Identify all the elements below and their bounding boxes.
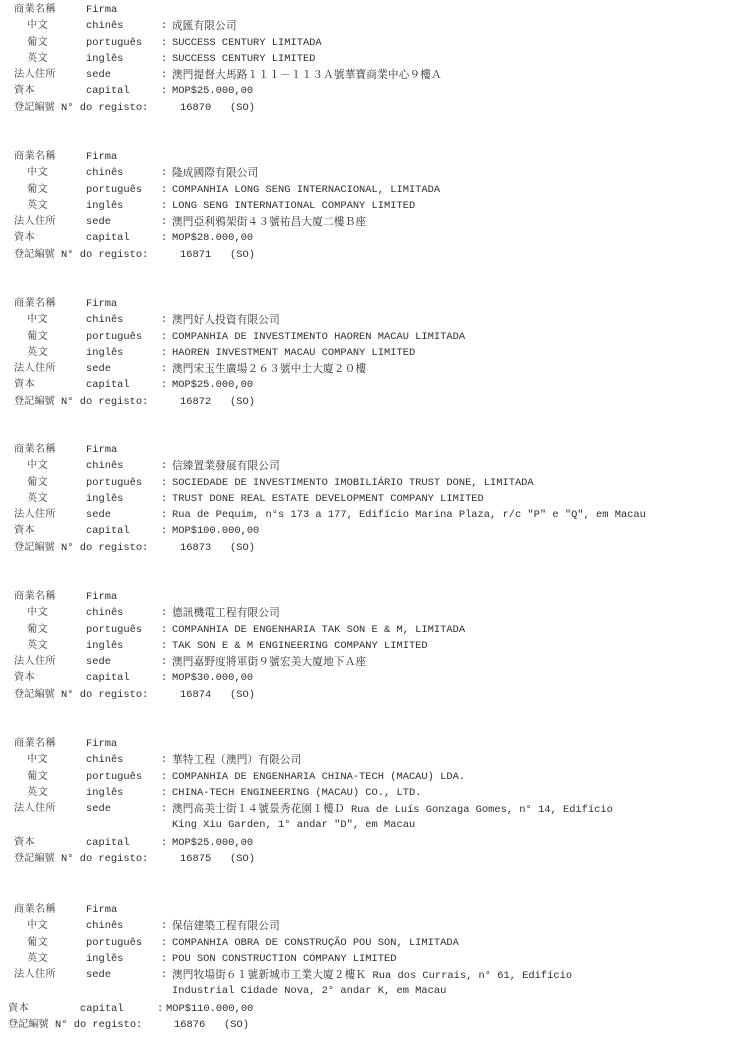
registo-label-pt: N° do registo: [61,689,148,701]
capital-value: MOP$110.000,00 [166,1001,253,1017]
sede-value: 澳門提督大馬路１１１－１１３Ａ號華寶商業中心９樓Ａ [172,67,442,83]
ingles-label-pt: inglês [86,491,123,507]
sede-value-line2: King Xiu Garden, 1° andar "D", em Macau [172,817,415,833]
ingles-label-pt: inglês [86,345,123,361]
registo-suffix: (SO) [230,247,255,263]
separator: : [161,51,167,67]
separator: : [161,935,167,951]
firma-label-zh: 商業名稱 [14,736,56,752]
chinese-name-value: 澳門好人投資有限公司 [172,312,280,328]
firma-label-zh: 商業名稱 [14,296,56,312]
capital-label-zh: 資本 [8,1001,29,1017]
sede-continuation-row: King Xiu Garden, 1° andar "D", em Macau [0,817,740,833]
firma-header-row: 商業名稱 Firma [0,296,740,312]
portugues-label-zh: 葡文 [27,622,48,638]
chines-label-zh: 中文 [27,918,48,934]
registo-label-pt: N° do registo: [55,1019,142,1031]
portuguese-name-row: 葡文 português : COMPANHIA DE ENGENHARIA T… [0,622,740,638]
english-name-row: 英文 inglês : LONG SENG INTERNATIONAL COMP… [0,198,740,214]
registo-label: 登記編號 N° do registo: [14,687,148,703]
registo-suffix: (SO) [230,100,255,116]
chinese-name-row: 中文 chinês : 澳門好人投資有限公司 [0,312,740,328]
chinese-name-value: 華特工程（澳門）有限公司 [172,752,302,768]
chines-label-zh: 中文 [27,458,48,474]
portugues-label-zh: 葡文 [27,329,48,345]
english-name-value: HAOREN INVESTMENT MACAU COMPANY LIMITED [172,345,415,361]
registo-number: 16876 [174,1017,205,1033]
portuguese-name-row: 葡文 português : COMPANHIA DE ENGENHARIA C… [0,769,740,785]
chinese-name-row: 中文 chinês : 成匯有限公司 [0,18,740,34]
firma-header-row: 商業名稱 Firma [0,149,740,165]
sede-row: 法人住所 sede : 澳門高美士街１４號景秀花園１樓Ｄ Rua de Luís… [0,801,740,817]
chines-label-pt: chinês [86,165,123,181]
capital-row: 資本 capital : MOP$28.000,00 [0,230,740,246]
registo-label: 登記編號 N° do registo: [14,394,148,410]
capital-label-pt: capital [86,835,130,851]
separator: : [161,507,167,523]
registo-row: 登記編號 N° do registo: 16875 (SO) [0,851,740,867]
portuguese-name-row: 葡文 português : SUCCESS CENTURY LIMITADA [0,35,740,51]
registo-suffix: (SO) [230,851,255,867]
chines-label-zh: 中文 [27,18,48,34]
english-name-value: SUCCESS CENTURY LIMITED [172,51,315,67]
portugues-label-zh: 葡文 [27,35,48,51]
sede-label-zh: 法人住所 [14,214,56,230]
capital-label-zh: 資本 [14,83,35,99]
registo-number: 16871 [180,247,211,263]
sede-label-zh: 法人住所 [14,507,56,523]
firma-label-zh: 商業名稱 [14,2,56,18]
separator: : [161,18,167,34]
capital-label-pt: capital [86,230,130,246]
registo-label-zh: 登記編號 [14,853,55,864]
firma-label-pt: Firma [86,902,117,918]
sede-label-pt: sede [86,507,111,523]
registo-row: 登記編號 N° do registo: 16871 (SO) [0,247,740,263]
registo-row: 登記編號 N° do registo: 16872 (SO) [0,394,740,410]
registo-row: 登記編號 N° do registo: 16874 (SO) [0,687,740,703]
separator: : [161,801,167,817]
registo-label-pt: N° do registo: [61,853,148,865]
registo-label-zh: 登記編號 [8,1019,49,1030]
sede-label-pt: sede [86,967,111,983]
separator: : [161,918,167,934]
registo-label: 登記編號 N° do registo: [14,851,148,867]
registo-label-zh: 登記編號 [14,396,55,407]
company-entry: 商業名稱 Firma 中文 chinês : 德訊機電工程有限公司 葡文 por… [0,589,740,703]
sede-row: 法人住所 sede : 澳門宋玉生廣場２６３號中土大廈２０樓 [0,361,740,377]
portuguese-name-row: 葡文 português : COMPANHIA LONG SENG INTER… [0,182,740,198]
separator: : [161,312,167,328]
firma-header-row: 商業名稱 Firma [0,2,740,18]
capital-label-pt: capital [86,83,130,99]
sede-value-cjk: 澳門牧場街６１號新城市工業大廈２樓Ｋ [172,969,366,981]
separator: : [161,638,167,654]
separator: : [161,377,167,393]
english-name-row: 英文 inglês : TAK SON E & M ENGINEERING CO… [0,638,740,654]
portugues-label-zh: 葡文 [27,182,48,198]
ingles-label-pt: inglês [86,638,123,654]
firma-label-zh: 商業名稱 [14,149,56,165]
sede-label-zh: 法人住所 [14,967,56,983]
english-name-row: 英文 inglês : TRUST DONE REAL ESTATE DEVEL… [0,491,740,507]
separator: : [161,475,167,491]
ingles-label-pt: inglês [86,51,123,67]
separator: : [161,670,167,686]
chines-label-pt: chinês [86,18,123,34]
portugues-label-zh: 葡文 [27,769,48,785]
sede-label-zh: 法人住所 [14,654,56,670]
capital-value: MOP$100.000,00 [172,523,259,539]
sede-value: 澳門牧場街６１號新城市工業大廈２樓Ｋ Rua dos Currais, n° 6… [172,967,572,984]
registo-row: 登記編號 N° do registo: 16873 (SO) [0,540,740,556]
separator: : [161,622,167,638]
separator: : [161,182,167,198]
sede-row: 法人住所 sede : 澳門提督大馬路１１１－１１３Ａ號華寶商業中心９樓Ａ [0,67,740,83]
english-name-value: LONG SENG INTERNATIONAL COMPANY LIMITED [172,198,415,214]
registo-number: 16874 [180,687,211,703]
firma-header-row: 商業名稱 Firma [0,902,740,918]
separator: : [161,752,167,768]
firma-header-row: 商業名稱 Firma [0,736,740,752]
portuguese-name-value: COMPANHIA DE ENGENHARIA CHINA-TECH (MACA… [172,769,465,785]
portugues-label-zh: 葡文 [27,475,48,491]
firma-label-pt: Firma [86,296,117,312]
sede-label-zh: 法人住所 [14,67,56,83]
sede-value: 澳門高美士街１４號景秀花園１樓Ｄ Rua de Luís Gonzaga Gom… [172,801,613,818]
registo-label-zh: 登記編號 [14,102,55,113]
registo-label-pt: N° do registo: [61,102,148,114]
registo-suffix: (SO) [230,394,255,410]
separator: : [161,361,167,377]
chines-label-zh: 中文 [27,752,48,768]
separator: : [161,230,167,246]
registry-page: 商業名稱 Firma 中文 chinês : 成匯有限公司 葡文 portugu… [0,0,740,1050]
registo-number: 16875 [180,851,211,867]
sede-value-latin: Rua de Luís Gonzaga Gomes, n° 14, Edifíc… [351,804,613,816]
sede-value: 澳門嘉野度將軍街９號宏美大廈地下Ａ座 [172,654,366,670]
capital-row: 資本 capital : MOP$25.000,00 [0,835,740,851]
separator: : [161,785,167,801]
chines-label-pt: chinês [86,458,123,474]
firma-label-pt: Firma [86,736,117,752]
chinese-name-row: 中文 chinês : 信臻置業發展有限公司 [0,458,740,474]
firma-label-pt: Firma [86,2,117,18]
ingles-label-pt: inglês [86,785,123,801]
portuguese-name-value: SOCIEDADE DE INVESTIMENTO IMOBILIÁRIO TR… [172,475,534,491]
separator: : [161,214,167,230]
registo-label: 登記編號 N° do registo: [14,100,148,116]
ingles-label-zh: 英文 [27,785,48,801]
capital-label-zh: 資本 [14,377,35,393]
portugues-label-pt: português [86,35,142,51]
chinese-name-value: 信臻置業發展有限公司 [172,458,280,474]
separator: : [161,329,167,345]
separator: : [161,951,167,967]
ingles-label-zh: 英文 [27,491,48,507]
english-name-row: 英文 inglês : CHINA-TECH ENGINEERING (MACA… [0,785,740,801]
english-name-value: TRUST DONE REAL ESTATE DEVELOPMENT COMPA… [172,491,484,507]
capital-label-zh: 資本 [14,523,35,539]
capital-value: MOP$30.000,00 [172,670,253,686]
portugues-label-zh: 葡文 [27,935,48,951]
company-entry: 商業名稱 Firma 中文 chinês : 保信建築工程有限公司 葡文 por… [0,902,740,1033]
sede-value: 澳門宋玉生廣場２６３號中土大廈２０樓 [172,361,366,377]
portuguese-name-value: COMPANHIA LONG SENG INTERNACIONAL, LIMIT… [172,182,440,198]
registo-label-zh: 登記編號 [14,542,55,553]
company-entry: 商業名稱 Firma 中文 chinês : 信臻置業發展有限公司 葡文 por… [0,442,740,556]
registo-label-zh: 登記編號 [14,689,55,700]
chines-label-pt: chinês [86,918,123,934]
firma-label-zh: 商業名稱 [14,902,56,918]
chinese-name-value: 保信建築工程有限公司 [172,918,280,934]
chines-label-zh: 中文 [27,165,48,181]
separator: : [161,198,167,214]
ingles-label-pt: inglês [86,951,123,967]
separator: : [161,769,167,785]
portugues-label-pt: português [86,182,142,198]
capital-row: 資本 capital : MOP$25.000,00 [0,83,740,99]
registo-suffix: (SO) [224,1017,249,1033]
sede-value: Rua de Pequim, n°s 173 a 177, Edifício M… [172,507,646,523]
english-name-row: 英文 inglês : SUCCESS CENTURY LIMITED [0,51,740,67]
chines-label-zh: 中文 [27,312,48,328]
english-name-value: POU SON CONSTRUCTION COMPANY LIMITED [172,951,396,967]
capital-label-zh: 資本 [14,835,35,851]
ingles-label-zh: 英文 [27,345,48,361]
ingles-label-zh: 英文 [27,198,48,214]
portuguese-name-row: 葡文 português : COMPANHIA OBRA DE CONSTRU… [0,935,740,951]
sede-label-pt: sede [86,67,111,83]
capital-row: 資本 capital : MOP$110.000,00 [0,1001,740,1017]
registo-label: 登記編號 N° do registo: [14,540,148,556]
capital-value: MOP$28.000,00 [172,230,253,246]
portuguese-name-row: 葡文 português : SOCIEDADE DE INVESTIMENTO… [0,475,740,491]
separator: : [161,967,167,983]
separator: : [157,1001,163,1017]
capital-value: MOP$25.000,00 [172,835,253,851]
registo-row: 登記編號 N° do registo: 16876 (SO) [0,1017,740,1033]
separator: : [161,654,167,670]
separator: : [161,345,167,361]
firma-header-row: 商業名稱 Firma [0,442,740,458]
chinese-name-row: 中文 chinês : 保信建築工程有限公司 [0,918,740,934]
chinese-name-value: 隆成國際有限公司 [172,165,258,181]
portuguese-name-row: 葡文 português : COMPANHIA DE INVESTIMENTO… [0,329,740,345]
sede-label-zh: 法人住所 [14,801,56,817]
registo-label-zh: 登記編號 [14,249,55,260]
sede-label-zh: 法人住所 [14,361,56,377]
firma-label-zh: 商業名稱 [14,589,56,605]
capital-label-zh: 資本 [14,670,35,686]
chines-label-pt: chinês [86,312,123,328]
sede-row: 法人住所 sede : 澳門亞利鴉架街４３號祐昌大廈二樓Ｂ座 [0,214,740,230]
firma-label-zh: 商業名稱 [14,442,56,458]
registo-number: 16873 [180,540,211,556]
capital-label-zh: 資本 [14,230,35,246]
portugues-label-pt: português [86,769,142,785]
sede-row: 法人住所 sede : 澳門牧場街６１號新城市工業大廈２樓Ｋ Rua dos C… [0,967,740,983]
registo-number: 16872 [180,394,211,410]
ingles-label-pt: inglês [86,198,123,214]
separator: : [161,605,167,621]
sede-label-pt: sede [86,214,111,230]
separator: : [161,491,167,507]
chinese-name-row: 中文 chinês : 華特工程（澳門）有限公司 [0,752,740,768]
separator: : [161,83,167,99]
sede-value-line2: Industrial Cidade Nova, 2° andar K, em M… [172,983,446,999]
company-entry: 商業名稱 Firma 中文 chinês : 成匯有限公司 葡文 portugu… [0,2,740,116]
portugues-label-pt: português [86,475,142,491]
separator: : [161,67,167,83]
sede-continuation-row: Industrial Cidade Nova, 2° andar K, em M… [0,983,740,999]
chines-label-pt: chinês [86,605,123,621]
registo-suffix: (SO) [230,687,255,703]
separator: : [161,35,167,51]
ingles-label-zh: 英文 [27,951,48,967]
english-name-value: CHINA-TECH ENGINEERING (MACAU) CO., LTD. [172,785,421,801]
portuguese-name-value: COMPANHIA DE INVESTIMENTO HAOREN MACAU L… [172,329,465,345]
capital-label-pt: capital [80,1001,124,1017]
company-entry: 商業名稱 Firma 中文 chinês : 澳門好人投資有限公司 葡文 por… [0,296,740,410]
registo-row: 登記編號 N° do registo: 16870 (SO) [0,100,740,116]
firma-label-pt: Firma [86,589,117,605]
english-name-value: TAK SON E & M ENGINEERING COMPANY LIMITE… [172,638,428,654]
firma-label-pt: Firma [86,149,117,165]
registo-number: 16870 [180,100,211,116]
capital-value: MOP$25.000,00 [172,377,253,393]
registo-label-pt: N° do registo: [61,249,148,261]
firma-label-pt: Firma [86,442,117,458]
chines-label-zh: 中文 [27,605,48,621]
chinese-name-row: 中文 chinês : 隆成國際有限公司 [0,165,740,181]
registo-label-pt: N° do registo: [61,396,148,408]
ingles-label-zh: 英文 [27,51,48,67]
english-name-row: 英文 inglês : HAOREN INVESTMENT MACAU COMP… [0,345,740,361]
sede-label-pt: sede [86,361,111,377]
portuguese-name-value: COMPANHIA DE ENGENHARIA TAK SON E & M, L… [172,622,465,638]
portuguese-name-value: SUCCESS CENTURY LIMITADA [172,35,322,51]
chines-label-pt: chinês [86,752,123,768]
english-name-row: 英文 inglês : POU SON CONSTRUCTION COMPANY… [0,951,740,967]
chinese-name-value: 成匯有限公司 [172,18,237,34]
chinese-name-value: 德訊機電工程有限公司 [172,605,280,621]
separator: : [161,165,167,181]
sede-row: 法人住所 sede : 澳門嘉野度將軍街９號宏美大廈地下Ａ座 [0,654,740,670]
chinese-name-row: 中文 chinês : 德訊機電工程有限公司 [0,605,740,621]
portugues-label-pt: português [86,329,142,345]
sede-label-pt: sede [86,654,111,670]
registo-label-pt: N° do registo: [61,542,148,554]
firma-header-row: 商業名稱 Firma [0,589,740,605]
portuguese-name-value: COMPANHIA OBRA DE CONSTRUÇÃO POU SON, LI… [172,935,459,951]
capital-row: 資本 capital : MOP$30.000,00 [0,670,740,686]
ingles-label-zh: 英文 [27,638,48,654]
sede-value: 澳門亞利鴉架街４３號祐昌大廈二樓Ｂ座 [172,214,366,230]
portugues-label-pt: português [86,935,142,951]
capital-value: MOP$25.000,00 [172,83,253,99]
company-entry: 商業名稱 Firma 中文 chinês : 隆成國際有限公司 葡文 portu… [0,149,740,263]
portugues-label-pt: português [86,622,142,638]
sede-row: 法人住所 sede : Rua de Pequim, n°s 173 a 177… [0,507,740,523]
capital-row: 資本 capital : MOP$100.000,00 [0,523,740,539]
company-entry: 商業名稱 Firma 中文 chinês : 華特工程（澳門）有限公司 葡文 p… [0,736,740,867]
separator: : [161,523,167,539]
capital-label-pt: capital [86,377,130,393]
capital-label-pt: capital [86,670,130,686]
sede-value-latin: Rua dos Currais, n° 61, Edifício [373,970,573,982]
separator: : [161,458,167,474]
registo-label: 登記編號 N° do registo: [8,1017,142,1033]
sede-value-cjk: 澳門高美士街１４號景秀花園１樓Ｄ [172,803,345,815]
separator: : [161,835,167,851]
registo-suffix: (SO) [230,540,255,556]
registo-label: 登記編號 N° do registo: [14,247,148,263]
sede-label-pt: sede [86,801,111,817]
capital-label-pt: capital [86,523,130,539]
capital-row: 資本 capital : MOP$25.000,00 [0,377,740,393]
